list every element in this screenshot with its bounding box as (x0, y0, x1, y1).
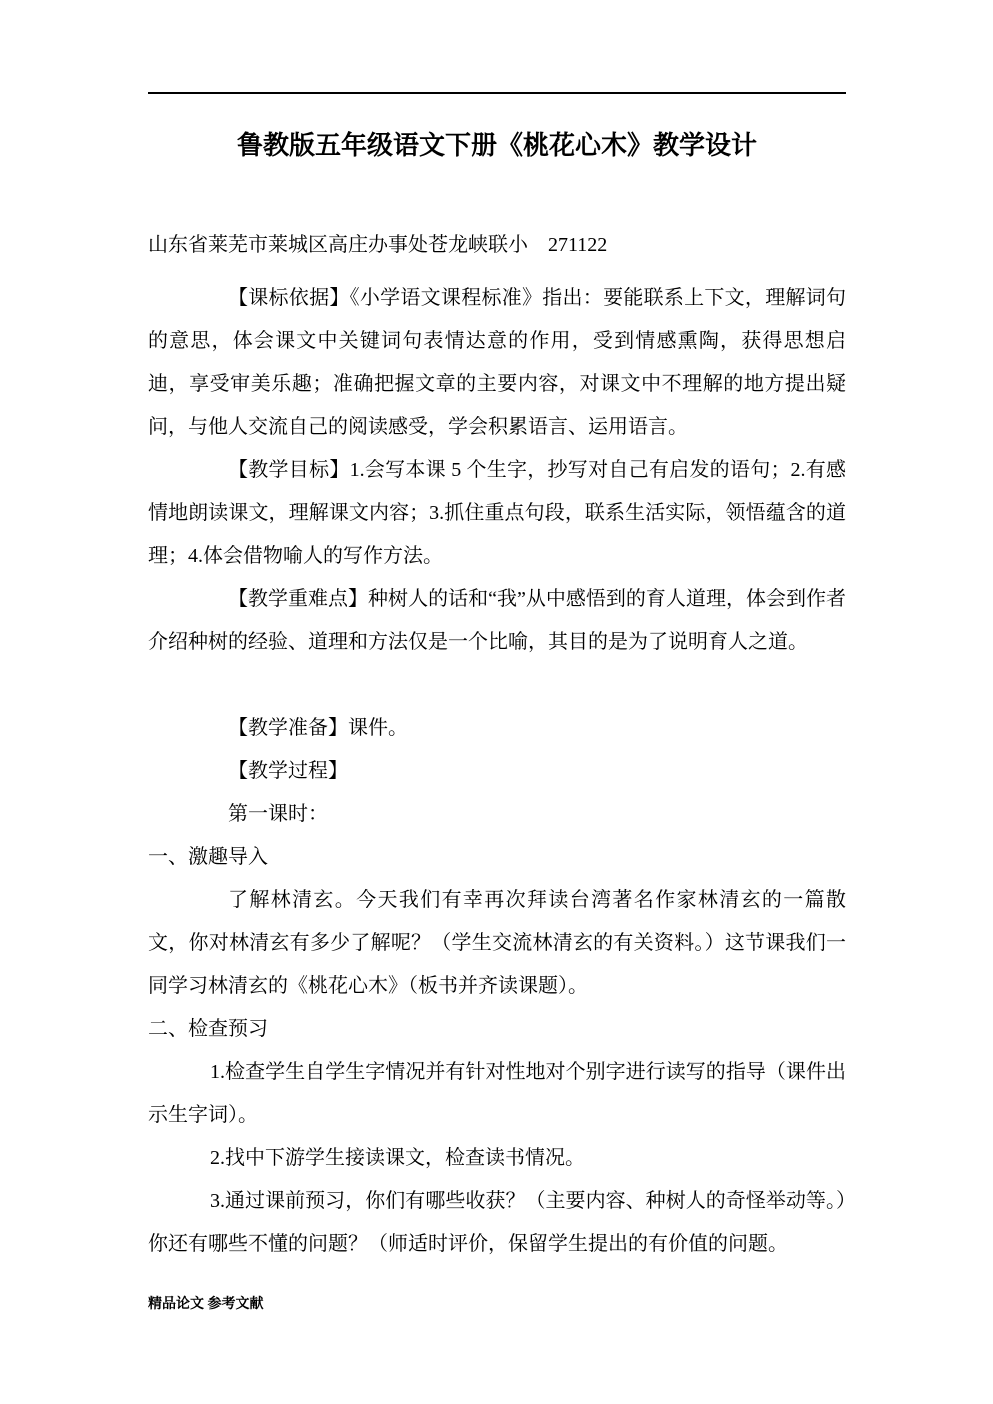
body-paragraph: 【教学过程】 (148, 750, 846, 793)
document-body: 【课标依据】《小学语文课程标准》指出：要能联系上下文，理解词句的意思，体会课文中… (148, 277, 846, 1266)
footer-label: 精品论文 参考文献 (148, 1297, 264, 1312)
blank-line (148, 664, 846, 707)
body-paragraph: 2.找中下游学生接读课文，检查读书情况。 (148, 1137, 846, 1180)
body-paragraph: 【课标依据】《小学语文课程标准》指出：要能联系上下文，理解词句的意思，体会课文中… (148, 277, 846, 449)
document-page: 鲁教版五年级语文下册《桃花心木》教学设计 山东省莱芜市莱城区高庄办事处苍龙峡联小… (0, 0, 993, 1404)
body-paragraph: 【教学准备】课件。 (148, 707, 846, 750)
body-paragraph: 了解林清玄。今天我们有幸再次拜读台湾著名作家林清玄的一篇散文，你对林清玄有多少了… (148, 879, 846, 1008)
author-byline: 山东省莱芜市莱城区高庄办事处苍龙峡联小 271122 (148, 224, 846, 267)
header-rule (148, 92, 846, 94)
body-paragraph: 【教学重难点】种树人的话和“我”从中感悟到的育人道理，体会到作者介绍种树的经验、… (148, 578, 846, 664)
body-paragraph: 【教学目标】1.会写本课 5 个生字，抄写对自己有启发的语句；2.有感情地朗读课… (148, 449, 846, 578)
body-paragraph: 3.通过课前预习，你们有哪些收获？（主要内容、种树人的奇怪举动等。）你还有哪些不… (148, 1180, 846, 1266)
section-heading: 二、检查预习 (148, 1008, 846, 1051)
body-paragraph: 1.检查学生自学生字情况并有针对性地对个别字进行读写的指导（课件出示生字词）。 (148, 1051, 846, 1137)
document-content: 鲁教版五年级语文下册《桃花心木》教学设计 山东省莱芜市莱城区高庄办事处苍龙峡联小… (148, 0, 846, 1266)
page-footer: 精品论文 参考文献 (148, 1295, 264, 1315)
body-paragraph: 第一课时： (148, 793, 846, 836)
document-title: 鲁教版五年级语文下册《桃花心木》教学设计 (148, 124, 846, 167)
section-heading: 一、激趣导入 (148, 836, 846, 879)
